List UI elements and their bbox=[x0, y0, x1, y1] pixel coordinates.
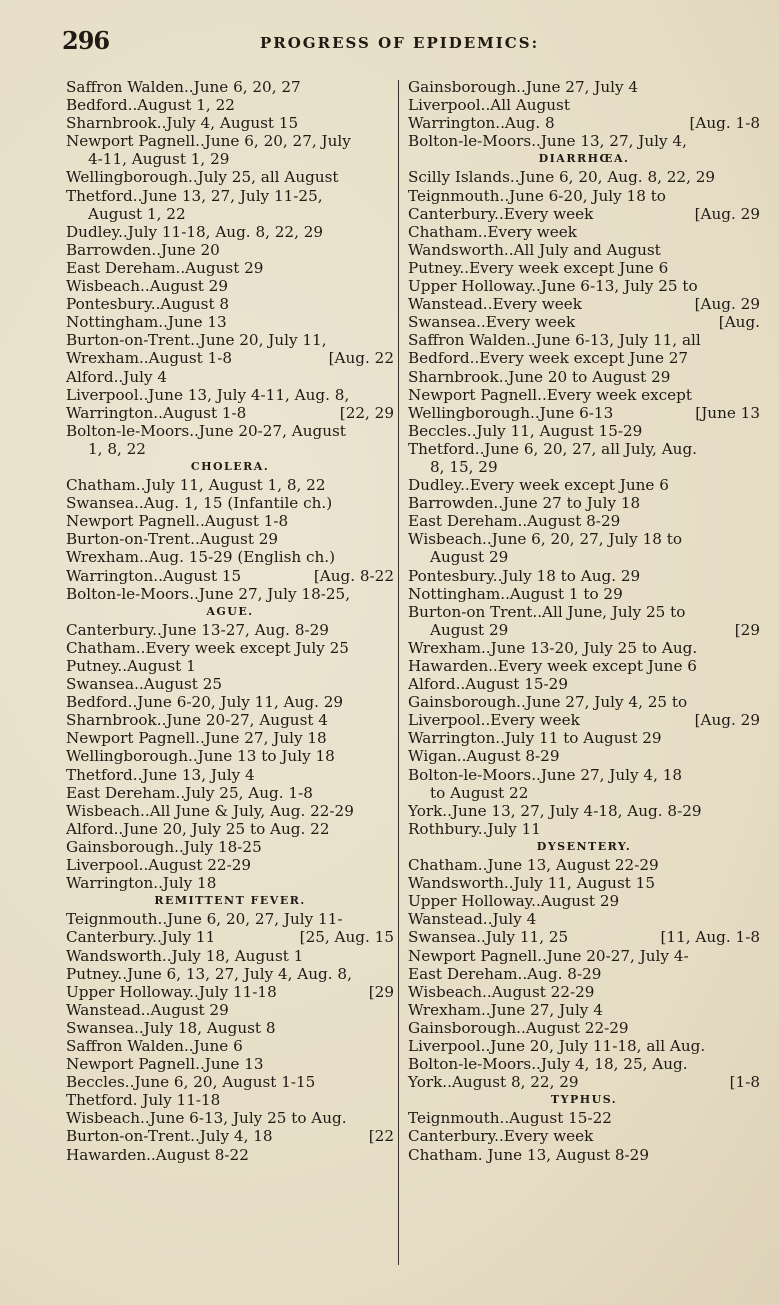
list-item: Nottingham..August 1 to 29 bbox=[408, 585, 760, 603]
list-item: Gainsborough..June 27, July 4, 25 to bbox=[408, 693, 760, 711]
list-item: Chatham..June 13, August 22-29 bbox=[408, 856, 760, 874]
list-item: Sharnbrook..June 20 to August 29 bbox=[408, 368, 760, 386]
list-item: Liverpool..June 20, July 11-18, all Aug. bbox=[408, 1037, 760, 1055]
section-heading: TYPHUS. bbox=[408, 1091, 760, 1109]
list-item: Barrowden..June 20 bbox=[66, 241, 394, 259]
entry-continuation: August 29 bbox=[430, 621, 508, 639]
entry-text: Wrexham..June 13-20, July 25 to Aug. bbox=[408, 639, 697, 657]
entry-text: Wanstead..July 4 bbox=[408, 910, 536, 928]
list-item: East Dereham..August 8-29 bbox=[408, 512, 760, 530]
entry-text: Rothbury..July 11 bbox=[408, 820, 541, 838]
left-column: Saffron Walden..June 6, 20, 27Bedford..A… bbox=[66, 78, 394, 1164]
carry-over-text: [Aug. 22 bbox=[329, 349, 394, 367]
list-item: Wellingborough..June 6-13[June 13 bbox=[408, 404, 760, 422]
list-item: Upper Holloway..July 11-18[29 bbox=[66, 983, 394, 1001]
list-item: Bolton-le-Moors..June 27, July 18-25, bbox=[66, 585, 394, 603]
entry-text: Canterbury..June 13-27, Aug. 8-29 bbox=[66, 621, 329, 639]
entry-continuation: 8, 15, 29 bbox=[430, 458, 498, 476]
list-item: Alford..July 4 bbox=[66, 368, 394, 386]
section-heading: AGUE. bbox=[66, 603, 394, 621]
list-item: East Dereham..August 29 bbox=[66, 259, 394, 277]
list-item: Teignmouth..June 6-20, July 18 to bbox=[408, 187, 760, 205]
entry-text: Swansea..July 18, August 8 bbox=[66, 1019, 276, 1037]
entry-text: Sharnbrook..July 4, August 15 bbox=[66, 114, 298, 132]
entry-text: Burton-on-Trent..August 29 bbox=[66, 530, 278, 548]
carry-over-text: [Aug. bbox=[719, 313, 760, 331]
entry-text: Barrowden..June 27 to July 18 bbox=[408, 494, 640, 512]
entry-text: Nottingham..June 13 bbox=[66, 313, 227, 331]
entry-text: Newport Pagnell..June 13 bbox=[66, 1055, 264, 1073]
carry-over-text: [1-8 bbox=[730, 1073, 760, 1091]
list-item: Wandsworth..July 11, August 15 bbox=[408, 874, 760, 892]
list-item: Canterbury..June 13-27, Aug. 8-29 bbox=[66, 621, 394, 639]
section-heading: DYSENTERY. bbox=[408, 838, 760, 856]
entry-text: Gainsborough..August 22-29 bbox=[408, 1019, 629, 1037]
list-item: Wrexham..Aug. 15-29 (English ch.) bbox=[66, 548, 394, 566]
entry-text: Gainsborough..June 27, July 4, 25 to bbox=[408, 693, 687, 711]
entry-text: Teignmouth..June 6, 20, 27, July 11- bbox=[66, 910, 343, 928]
entry-text: Liverpool..All August bbox=[408, 96, 570, 114]
entry-text: Hawarden..Every week except June 6 bbox=[408, 657, 697, 675]
list-item: Thetford. July 11-18 bbox=[66, 1091, 394, 1109]
list-item: Teignmouth..June 6, 20, 27, July 11- bbox=[66, 910, 394, 928]
entry-text: Wanstead..Every week bbox=[408, 295, 582, 313]
entry-text: Swansea..August 25 bbox=[66, 675, 222, 693]
list-item: Swansea..August 25 bbox=[66, 675, 394, 693]
list-item: Thetford..June 13, 27, July 11-25,August… bbox=[66, 187, 394, 223]
entry-text: Hawarden..August 8-22 bbox=[66, 1146, 249, 1164]
list-item: Bedford..August 1, 22 bbox=[66, 96, 394, 114]
list-item: Wigan..August 8-29 bbox=[408, 747, 760, 765]
entry-text: Canterbury..July 11 bbox=[66, 928, 215, 946]
entry-text: Chatham..Every week except July 25 bbox=[66, 639, 349, 657]
entry-text: Bedford..June 6-20, July 11, Aug. 29 bbox=[66, 693, 343, 711]
entry-text: Alford..July 4 bbox=[66, 368, 167, 386]
entry-text: Bolton-le-Moors..July 4, 18, 25, Aug. bbox=[408, 1055, 688, 1073]
entry-text: Pontesbury..July 18 to Aug. 29 bbox=[408, 567, 640, 585]
list-item: Liverpool..August 22-29 bbox=[66, 856, 394, 874]
entry-text: Upper Holloway..August 29 bbox=[408, 892, 619, 910]
entry-text: Bolton-le-Moors..June 20-27, August bbox=[66, 422, 346, 440]
list-item: East Dereham..July 25, Aug. 1-8 bbox=[66, 784, 394, 802]
entry-text: Wisbeach..All June & July, Aug. 22-29 bbox=[66, 802, 354, 820]
list-item: Sharnbrook..July 4, August 15 bbox=[66, 114, 394, 132]
list-item: Liverpool..Every week[Aug. 29 bbox=[408, 711, 760, 729]
list-item: Wrexham..June 27, July 4 bbox=[408, 1001, 760, 1019]
entry-text: Wisbeach..August 29 bbox=[66, 277, 228, 295]
list-item: Dudley..Every week except June 6 bbox=[408, 476, 760, 494]
entry-text: Wrexham..August 1-8 bbox=[66, 349, 232, 367]
entry-text: East Dereham..August 29 bbox=[66, 259, 263, 277]
entry-text: Dudley..July 11-18, Aug. 8, 22, 29 bbox=[66, 223, 323, 241]
entry-text: Putney..Every week except June 6 bbox=[408, 259, 668, 277]
list-item: Swansea..Every week[Aug. bbox=[408, 313, 760, 331]
entry-text: Wisbeach..June 6-13, July 25 to Aug. bbox=[66, 1109, 347, 1127]
entry-text: Barrowden..June 20 bbox=[66, 241, 220, 259]
list-item: Burton-on-Trent..July 4, 18[22 bbox=[66, 1127, 394, 1145]
list-item: Gainsborough..June 27, July 4 bbox=[408, 78, 760, 96]
entry-text: Thetford..June 13, 27, July 11-25, bbox=[66, 187, 323, 205]
carry-over-text: [22 bbox=[369, 1127, 394, 1145]
list-item: Pontesbury..July 18 to Aug. 29 bbox=[408, 567, 760, 585]
entry-text: Putney..June 6, 13, 27, July 4, Aug. 8, bbox=[66, 965, 352, 983]
entry-continuation: August 1, 22 bbox=[88, 205, 186, 223]
list-item: Wandsworth..All July and August bbox=[408, 241, 760, 259]
list-item: East Dereham..Aug. 8-29 bbox=[408, 965, 760, 983]
list-item: Hawarden..Every week except June 6 bbox=[408, 657, 760, 675]
list-item: Chatham. June 13, August 8-29 bbox=[408, 1146, 760, 1164]
list-item: Burton-on-Trent..August 29 bbox=[66, 530, 394, 548]
entry-text: Newport Pagnell..June 27, July 18 bbox=[66, 729, 327, 747]
entry-text: Wisbeach..June 6, 20, 27, July 18 to bbox=[408, 530, 682, 548]
carry-over-text: [Aug. 8-22 bbox=[314, 567, 394, 585]
list-item: Nottingham..June 13 bbox=[66, 313, 394, 331]
entry-text: Liverpool..June 20, July 11-18, all Aug. bbox=[408, 1037, 705, 1055]
entry-text: Thetford..June 13, July 4 bbox=[66, 766, 255, 784]
list-item: Saffron Walden..June 6 bbox=[66, 1037, 394, 1055]
entry-text: Burton-on-Trent..July 4, 18 bbox=[66, 1127, 273, 1145]
carry-over-text: [Aug. 29 bbox=[695, 205, 760, 223]
entry-text: Alford..June 20, July 25 to Aug. 22 bbox=[66, 820, 330, 838]
list-item: Scilly Islands..June 6, 20, Aug. 8, 22, … bbox=[408, 168, 760, 186]
entry-text: Wandsworth..July 11, August 15 bbox=[408, 874, 655, 892]
entry-text: Teignmouth..August 15-22 bbox=[408, 1109, 612, 1127]
list-item: Swansea..July 18, August 8 bbox=[66, 1019, 394, 1037]
list-item: Canterbury..Every week bbox=[408, 1127, 760, 1145]
list-item: Putney..Every week except June 6 bbox=[408, 259, 760, 277]
entry-text: Warrington..Aug. 8 bbox=[408, 114, 555, 132]
carry-over-text: [Aug. 1-8 bbox=[689, 114, 760, 132]
entry-text: Upper Holloway..July 11-18 bbox=[66, 983, 277, 1001]
entry-text: Wellingborough..July 25, all August bbox=[66, 168, 339, 186]
list-item: Sharnbrook..June 20-27, August 4 bbox=[66, 711, 394, 729]
list-item: Saffron Walden..June 6, 20, 27 bbox=[66, 78, 394, 96]
entry-text: Wrexham..Aug. 15-29 (English ch.) bbox=[66, 548, 335, 566]
page-header: 296 PROGRESS OF EPIDEMICS: bbox=[62, 26, 752, 62]
list-item: Wisbeach..All June & July, Aug. 22-29 bbox=[66, 802, 394, 820]
entry-continuation: to August 22 bbox=[430, 784, 528, 802]
list-item: Warrington..August 15[Aug. 8-22 bbox=[66, 567, 394, 585]
entry-text: Newport Pagnell..Every week except bbox=[408, 386, 692, 404]
entry-text: Newport Pagnell..June 20-27, July 4- bbox=[408, 947, 689, 965]
entry-text: Thetford..June 6, 20, 27, all July, Aug. bbox=[408, 440, 697, 458]
entry-text: Warrington..July 11 to August 29 bbox=[408, 729, 662, 747]
entry-text: Wisbeach..August 22-29 bbox=[408, 983, 594, 1001]
list-item: Swansea..July 11, 25[11, Aug. 1-8 bbox=[408, 928, 760, 946]
entry-text: Wrexham..June 27, July 4 bbox=[408, 1001, 603, 1019]
entry-text: Bolton-le-Moors..June 27, July 18-25, bbox=[66, 585, 350, 603]
list-item: Gainsborough..July 18-25 bbox=[66, 838, 394, 856]
section-heading: REMITTENT FEVER. bbox=[66, 892, 394, 910]
list-item: York..August 8, 22, 29[1-8 bbox=[408, 1073, 760, 1091]
list-item: Wanstead..Every week[Aug. 29 bbox=[408, 295, 760, 313]
entry-text: Bedford..August 1, 22 bbox=[66, 96, 235, 114]
list-item: Alford..June 20, July 25 to Aug. 22 bbox=[66, 820, 394, 838]
list-item: Bolton-le-Moors..June 13, 27, July 4, bbox=[408, 132, 760, 150]
list-item: Wanstead..July 4 bbox=[408, 910, 760, 928]
list-item: Teignmouth..August 15-22 bbox=[408, 1109, 760, 1127]
entry-text: Liverpool..June 13, July 4-11, Aug. 8, bbox=[66, 386, 349, 404]
entry-text: Pontesbury..August 8 bbox=[66, 295, 229, 313]
list-item: Wisbeach..August 29 bbox=[66, 277, 394, 295]
entry-continuation: August 29 bbox=[430, 548, 508, 566]
entry-text: Burton-on-Trent..June 20, July 11, bbox=[66, 331, 327, 349]
entry-text: Putney..August 1 bbox=[66, 657, 196, 675]
list-item: Canterbury..Every week[Aug. 29 bbox=[408, 205, 760, 223]
entry-text: Burton-on Trent..All June, July 25 to bbox=[408, 603, 685, 621]
entry-text: Wanstead..August 29 bbox=[66, 1001, 229, 1019]
list-item: Thetford..June 13, July 4 bbox=[66, 766, 394, 784]
entry-text: Thetford. July 11-18 bbox=[66, 1091, 220, 1109]
entry-text: Wandsworth..July 18, August 1 bbox=[66, 947, 303, 965]
list-item: Liverpool..All August bbox=[408, 96, 760, 114]
entry-text: Swansea..Every week bbox=[408, 313, 575, 331]
entry-text: Dudley..Every week except June 6 bbox=[408, 476, 669, 494]
entry-text: Wellingborough..June 6-13 bbox=[408, 404, 613, 422]
entry-text: Swansea..Aug. 1, 15 (Infantile ch.) bbox=[66, 494, 332, 512]
entry-text: Chatham. June 13, August 8-29 bbox=[408, 1146, 649, 1164]
list-item: Putney..June 6, 13, 27, July 4, Aug. 8, bbox=[66, 965, 394, 983]
carry-over-text: [29 bbox=[369, 983, 394, 1001]
list-item: Swansea..Aug. 1, 15 (Infantile ch.) bbox=[66, 494, 394, 512]
list-item: Newport Pagnell..August 1-8 bbox=[66, 512, 394, 530]
list-item: Wisbeach..June 6, 20, 27, July 18 toAugu… bbox=[408, 530, 760, 566]
entry-text: Sharnbrook..June 20 to August 29 bbox=[408, 368, 670, 386]
entry-continuation: 4-11, August 1, 29 bbox=[88, 150, 229, 168]
entry-text: Wellingborough..June 13 to July 18 bbox=[66, 747, 335, 765]
list-item: Newport Pagnell..Every week except bbox=[408, 386, 760, 404]
list-item: Wanstead..August 29 bbox=[66, 1001, 394, 1019]
list-item: Barrowden..June 27 to July 18 bbox=[408, 494, 760, 512]
list-item: Warrington..Aug. 8[Aug. 1-8 bbox=[408, 114, 760, 132]
list-item: Bedford..June 6-20, July 11, Aug. 29 bbox=[66, 693, 394, 711]
entry-text: York..August 8, 22, 29 bbox=[408, 1073, 579, 1091]
list-item: Saffron Walden..June 6-13, July 11, all bbox=[408, 331, 760, 349]
list-item: Beccles..July 11, August 15-29 bbox=[408, 422, 760, 440]
entry-text: Nottingham..August 1 to 29 bbox=[408, 585, 623, 603]
entry-text: Newport Pagnell..June 6, 20, 27, July bbox=[66, 132, 351, 150]
list-item: Pontesbury..August 8 bbox=[66, 295, 394, 313]
section-heading: DIARRHŒA. bbox=[408, 150, 760, 168]
entry-text: Chatham..June 13, August 22-29 bbox=[408, 856, 659, 874]
list-item: Wrexham..June 13-20, July 25 to Aug. bbox=[408, 639, 760, 657]
entry-text: Chatham..July 11, August 1, 8, 22 bbox=[66, 476, 326, 494]
list-item: Warrington..August 1-8[22, 29 bbox=[66, 404, 394, 422]
entry-text: Wandsworth..All July and August bbox=[408, 241, 661, 259]
list-item: Bolton-le-Moors..June 20-27, August1, 8,… bbox=[66, 422, 394, 458]
list-item: Hawarden..August 8-22 bbox=[66, 1146, 394, 1164]
page-number: 296 bbox=[62, 26, 109, 55]
list-item: Burton-on-Trent..June 20, July 11, bbox=[66, 331, 394, 349]
entry-text: Warrington..August 1-8 bbox=[66, 404, 246, 422]
entry-text: Warrington..August 15 bbox=[66, 567, 241, 585]
list-item: Dudley..July 11-18, Aug. 8, 22, 29 bbox=[66, 223, 394, 241]
list-item: Chatham..Every week bbox=[408, 223, 760, 241]
entry-text: Scilly Islands..June 6, 20, Aug. 8, 22, … bbox=[408, 168, 715, 186]
entry-text: Beccles..June 6, 20, August 1-15 bbox=[66, 1073, 315, 1091]
list-item: Alford..August 15-29 bbox=[408, 675, 760, 693]
entry-text: Bolton-le-Moors..June 27, July 4, 18 bbox=[408, 766, 682, 784]
list-item: Gainsborough..August 22-29 bbox=[408, 1019, 760, 1037]
entry-text: Bolton-le-Moors..June 13, 27, July 4, bbox=[408, 132, 687, 150]
list-item: Newport Pagnell..June 13 bbox=[66, 1055, 394, 1073]
entry-continuation: 1, 8, 22 bbox=[88, 440, 146, 458]
list-item: Wrexham..August 1-8[Aug. 22 bbox=[66, 349, 394, 367]
list-item: Upper Holloway..June 6-13, July 25 to bbox=[408, 277, 760, 295]
entry-text: York..June 13, 27, July 4-18, Aug. 8-29 bbox=[408, 802, 702, 820]
entry-text: Bedford..Every week except June 27 bbox=[408, 349, 688, 367]
list-item: Newport Pagnell..June 6, 20, 27, July4-1… bbox=[66, 132, 394, 168]
list-item: Thetford..June 6, 20, 27, all July, Aug.… bbox=[408, 440, 760, 476]
entry-text: Warrington..July 18 bbox=[66, 874, 216, 892]
list-item: Liverpool..June 13, July 4-11, Aug. 8, bbox=[66, 386, 394, 404]
column-divider bbox=[398, 80, 399, 1265]
carry-over-text: [25, Aug. 15 bbox=[300, 928, 394, 946]
entry-text: Liverpool..August 22-29 bbox=[66, 856, 251, 874]
entry-text: Canterbury..Every week bbox=[408, 1127, 593, 1145]
list-item: Wandsworth..July 18, August 1 bbox=[66, 947, 394, 965]
list-item: Warrington..July 18 bbox=[66, 874, 394, 892]
entry-text: Gainsborough..July 18-25 bbox=[66, 838, 262, 856]
entry-text: Saffron Walden..June 6 bbox=[66, 1037, 243, 1055]
entry-text: Liverpool..Every week bbox=[408, 711, 580, 729]
right-column: Gainsborough..June 27, July 4Liverpool..… bbox=[408, 78, 760, 1164]
entry-text: Wigan..August 8-29 bbox=[408, 747, 560, 765]
entry-text: Canterbury..Every week bbox=[408, 205, 593, 223]
carry-over-text: [29 bbox=[735, 621, 760, 639]
entry-text: Alford..August 15-29 bbox=[408, 675, 568, 693]
list-item: Rothbury..July 11 bbox=[408, 820, 760, 838]
list-item: Putney..August 1 bbox=[66, 657, 394, 675]
entry-text: Gainsborough..June 27, July 4 bbox=[408, 78, 638, 96]
list-item: Bedford..Every week except June 27 bbox=[408, 349, 760, 367]
list-item: Wellingborough..June 13 to July 18 bbox=[66, 747, 394, 765]
list-item: Warrington..July 11 to August 29 bbox=[408, 729, 760, 747]
entry-text: East Dereham..July 25, Aug. 1-8 bbox=[66, 784, 313, 802]
entry-text: Saffron Walden..June 6-13, July 11, all bbox=[408, 331, 701, 349]
list-item: Newport Pagnell..June 20-27, July 4- bbox=[408, 947, 760, 965]
entry-text: East Dereham..Aug. 8-29 bbox=[408, 965, 601, 983]
entry-text: Teignmouth..June 6-20, July 18 to bbox=[408, 187, 666, 205]
carry-over-text: [Aug. 29 bbox=[695, 711, 760, 729]
list-item: Canterbury..July 11[25, Aug. 15 bbox=[66, 928, 394, 946]
list-item: Upper Holloway..August 29 bbox=[408, 892, 760, 910]
entry-text: Upper Holloway..June 6-13, July 25 to bbox=[408, 277, 698, 295]
list-item: Bolton-le-Moors..June 27, July 4, 18to A… bbox=[408, 766, 760, 802]
entry-text: Beccles..July 11, August 15-29 bbox=[408, 422, 642, 440]
list-item: Chatham..Every week except July 25 bbox=[66, 639, 394, 657]
entry-text: Chatham..Every week bbox=[408, 223, 577, 241]
list-item: Burton-on Trent..All June, July 25 toAug… bbox=[408, 603, 760, 639]
list-item: Chatham..July 11, August 1, 8, 22 bbox=[66, 476, 394, 494]
list-item: Beccles..June 6, 20, August 1-15 bbox=[66, 1073, 394, 1091]
carry-over-text: [22, 29 bbox=[340, 404, 394, 422]
section-heading: CHOLERA. bbox=[66, 458, 394, 476]
carry-over-text: [Aug. 29 bbox=[695, 295, 760, 313]
list-item: York..June 13, 27, July 4-18, Aug. 8-29 bbox=[408, 802, 760, 820]
running-title: PROGRESS OF EPIDEMICS: bbox=[260, 34, 539, 52]
entry-text: East Dereham..August 8-29 bbox=[408, 512, 620, 530]
entry-text: Newport Pagnell..August 1-8 bbox=[66, 512, 288, 530]
entry-text: Sharnbrook..June 20-27, August 4 bbox=[66, 711, 328, 729]
list-item: Wisbeach..June 6-13, July 25 to Aug. bbox=[66, 1109, 394, 1127]
list-item: Wisbeach..August 22-29 bbox=[408, 983, 760, 1001]
carry-over-text: [11, Aug. 1-8 bbox=[661, 928, 761, 946]
list-item: Newport Pagnell..June 27, July 18 bbox=[66, 729, 394, 747]
list-item: Bolton-le-Moors..July 4, 18, 25, Aug. bbox=[408, 1055, 760, 1073]
list-item: Wellingborough..July 25, all August bbox=[66, 168, 394, 186]
entry-text: Saffron Walden..June 6, 20, 27 bbox=[66, 78, 301, 96]
entry-text: Swansea..July 11, 25 bbox=[408, 928, 568, 946]
carry-over-text: [June 13 bbox=[695, 404, 760, 422]
